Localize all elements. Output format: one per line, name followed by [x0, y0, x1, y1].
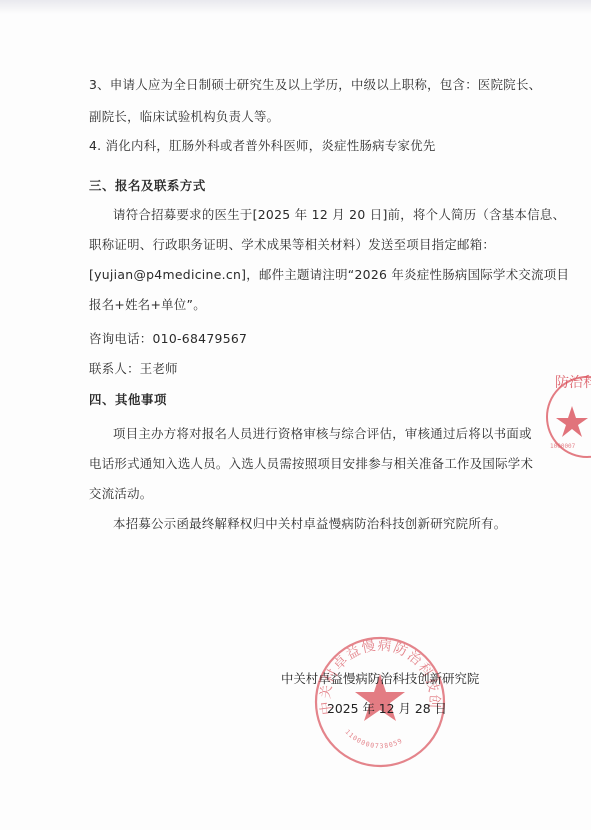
section-3-heading: 三、报名及联系方式 — [89, 178, 206, 194]
section-3-para-line-4: 报名+姓名+单位”。 — [89, 297, 206, 313]
edge-seal-number: 1000007 — [550, 443, 576, 450]
contact-phone: 咨询电话：010-68479567 — [89, 331, 247, 347]
svg-text:1100000738059: 1100000738059 — [343, 728, 404, 750]
requirement-item-3-line-2: 副院长，临床试验机构负责人等。 — [89, 109, 279, 125]
section-4-para-line-1: 项目主办方将对报名人员进行资格审核与综合评估，审核通过后将以书面或 — [113, 426, 532, 442]
section-3-para-line-2: 职称证明、行政职务证明、学术成果等相关材料）发送至项目指定邮箱： — [89, 237, 495, 253]
scan-top-shadow — [0, 0, 591, 14]
seal-number: 1100000738059 — [343, 728, 404, 750]
requirement-item-3-line-1: 3、申请人应为全日制硕士研究生及以上学历，中级以上职称，包含：医院院长、 — [89, 77, 541, 93]
final-statement: 本招募公示函最终解释权归中关村卓益慢病防治科技创新研究院所有。 — [113, 516, 506, 532]
contact-person: 联系人：王老师 — [89, 361, 178, 377]
signature-organization: 中关村卓益慢病防治科技创新研究院 — [281, 671, 479, 687]
signature-date: 2025 年 12 月 28 日 — [327, 701, 447, 717]
edge-seal-stamp: 防治科 1000007 — [545, 362, 591, 472]
requirement-item-4: 4. 消化内科，肛肠外科或者普外科医师，炎症性肠病专家优先 — [89, 138, 436, 154]
section-4-para-line-3: 交流活动。 — [89, 486, 152, 502]
star-icon — [556, 406, 588, 437]
edge-seal-text: 防治科 — [555, 374, 591, 391]
section-4-heading: 四、其他事项 — [89, 392, 167, 408]
section-3-para-line-1: 请符合招募要求的医生于[2025 年 12 月 20 日]前，将个人简历（含基本… — [113, 207, 565, 223]
section-4-para-line-2: 电话形式通知入选人员。入选人员需按照项目安排参与相关准备工作及国际学术 — [89, 456, 533, 472]
section-3-para-line-3: [yujian@p4medicine.cn]，邮件主题请注明“2026 年炎症性… — [89, 267, 569, 283]
